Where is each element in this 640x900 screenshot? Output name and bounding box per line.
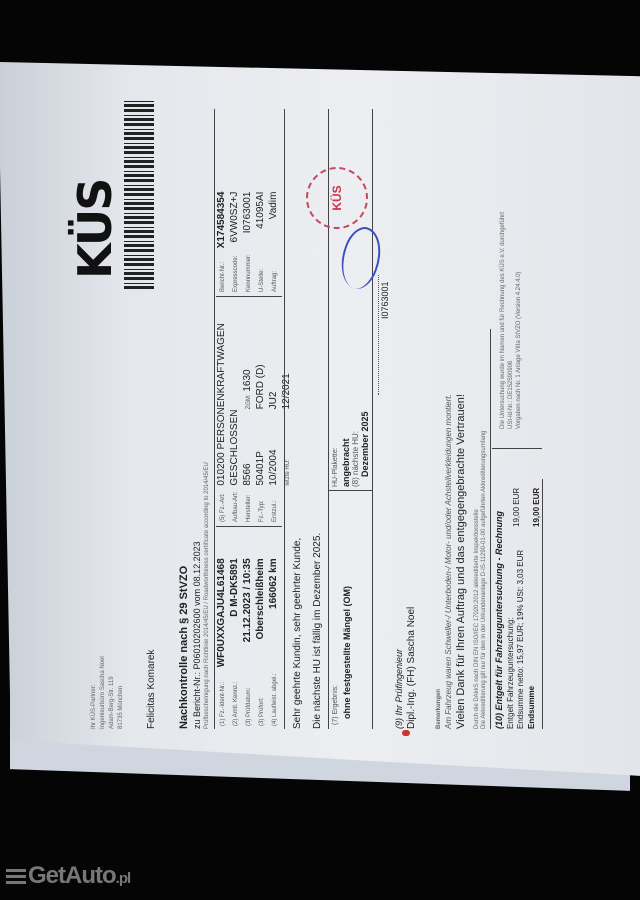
invoice-fee-label: Entgelt Fahrzeuguntersuchung: (506, 617, 515, 729)
vehicle-data-right: Bericht-Nr.:X174584354 Expresscode:6VW0S… (216, 189, 281, 295)
invoice-fee-value: 19,00 EUR (512, 488, 521, 527)
barcode (124, 99, 154, 289)
plakette-value: angebracht (341, 438, 351, 487)
partner-address: Ihr KÜS-Partner: Ingenieurbüro Sascha No… (90, 656, 126, 729)
invoice-net-line: Endsumme netto: 15,97 EUR; 19% USt: 3,03… (516, 550, 525, 729)
plakette-label: HU-Plakette: (332, 447, 339, 487)
next-hu-value: Dezember 2025 (360, 411, 370, 477)
label: U-Stelle: (255, 251, 268, 295)
accreditation-2: Die Akkreditierung gilt nur für den in d… (481, 431, 487, 729)
kus-stamp: KÜS (306, 167, 368, 229)
station-value: 41095AI (255, 189, 268, 252)
remarks-label: Bemerkungen (436, 689, 442, 729)
next-hu-notice: Die nächste HU ist fällig im Dezember 20… (312, 533, 323, 729)
order-value: Vadim (268, 189, 281, 252)
document-content: KÜS Ihr KÜS-Partner: Ingenieurbüro Sasch… (60, 89, 580, 749)
signature-line (378, 275, 379, 395)
partner-name: Ingenieurbüro Sascha Noel (99, 656, 108, 729)
plate-value: D M-DK5891 (229, 555, 242, 670)
partner-city: 81735 München (117, 656, 126, 729)
invoice-note-2: USt-Id-Nr.: DE152590906 (508, 361, 514, 429)
label: Auftrag: (268, 251, 281, 295)
remarks-text: Am Fahrzeug waren Schweller-/ Unterboden… (444, 394, 453, 729)
thanks-text: Vielen Dank für Ihren Auftrag und das en… (455, 394, 467, 729)
invoice-title: (10) Entgelt für Fahrzeuguntersuchung - … (494, 511, 504, 729)
invoice-total-value: 19,00 EUR (532, 488, 541, 527)
label: Aufbau-Art: (229, 489, 242, 525)
label: ZGM: (246, 394, 252, 409)
document-sheet: KÜS Ihr KÜS-Partner: Ingenieurbüro Sasch… (0, 62, 640, 776)
menu-icon (6, 866, 26, 887)
label: Hersteller: (242, 489, 255, 525)
label: (2) Amtl. Kennz.: (229, 670, 242, 729)
partner-label: Ihr KÜS-Partner: (90, 656, 99, 729)
label: (5) Fz.-Art: (216, 489, 229, 525)
inspection-place-value: Oberschleißheim (255, 555, 268, 670)
partner-street: Adam-Berg-Str. 119 (108, 656, 117, 729)
body-type-value: GESCHLOSSEN (229, 320, 242, 488)
zgm-value: 1630 (242, 369, 253, 391)
last-hu-value: 12/2021 (281, 320, 294, 412)
next-hu-label: (8) nächste HU: (351, 431, 360, 487)
express-code-value: 6VW0SZ+J (229, 189, 242, 252)
make-value: FORD (D) (255, 320, 268, 412)
model-value: 50401P (255, 412, 268, 488)
label: letzte HU: (281, 412, 294, 488)
greeting: Sehr geehrte Kundin, sehr geehrter Kunde… (292, 538, 303, 729)
vin-value: WF0UXXGAJU4L61468 (216, 555, 229, 670)
label: Expresscode: (229, 251, 242, 295)
inspector-name: Dipl.-Ing. (FH) Sascha Noel (406, 607, 417, 729)
inspection-date-value: 21.12.2023 / 10:35 (242, 555, 255, 670)
label: Bericht-Nr.: (216, 251, 229, 295)
report-reference: zu Bericht-Nr.: P06010202600 vom 08.12.2… (192, 541, 202, 729)
report-number-value: X174584354 (216, 189, 229, 252)
watermark-tld: .pl (116, 870, 131, 887)
document-subtitle: Prüfbescheinigung nach Richtlinie 2014/4… (204, 462, 210, 729)
inspector-id: I0763001 (380, 281, 390, 319)
result-label: (7) Ergebnis: (332, 685, 339, 725)
accreditation-1: Durch die DAkkS nach DIN EN ISO/IEC 1702… (474, 509, 480, 729)
label: (1) Fz.-Ident-Nr.: (216, 670, 229, 729)
label: Fz.-Typ: (255, 489, 268, 525)
customer-name: Felicitas Komarek (146, 650, 157, 729)
invoice-note-3: Vorgaben nach Nr. 1 Anlage VIIIa StVZO (… (516, 272, 522, 429)
label: (3) Prüfdatum: (242, 670, 255, 729)
label: Kennnummer: (242, 251, 255, 295)
label: (3) Prüfort: (255, 670, 268, 729)
document-title: Nachkontrolle nach § 29 StVZO (178, 566, 190, 729)
invoice-note-1: Die Untersuchung wurde im Namen und für … (500, 212, 506, 429)
manufacturer-value: 8566 (242, 412, 255, 488)
invoice-total-label: Endsumme (527, 686, 536, 729)
variant-value: JU2 (268, 320, 281, 412)
id-number-value: I0763001 (242, 189, 255, 252)
getauto-watermark: GetAuto.pl (6, 862, 130, 890)
vehicle-type-value: 010200 PERSONENKRAFTWAGEN (216, 320, 229, 488)
mileage-value: 166062 km (268, 555, 281, 670)
result-value: ohne festgestellte Mängel (OM) (342, 586, 352, 719)
vehicle-data-left: (1) Fz.-Ident-Nr.:WF0UXXGAJU4L61468 (2) … (216, 555, 281, 729)
label: Erstzul.: (268, 489, 281, 525)
first-registration-value: 10/2004 (268, 412, 281, 488)
watermark-brand: GetAuto (28, 862, 116, 889)
label: (4) Laufleist. abgel.: (268, 670, 281, 729)
kus-logo: KÜS (68, 180, 122, 279)
vehicle-data-middle: (5) Fz.-Art:010200 PERSONENKRAFTWAGEN Au… (216, 320, 294, 525)
paper-clip-marker (402, 730, 410, 736)
inspector-label: (9) Ihr Prüfingenieur (394, 649, 404, 729)
